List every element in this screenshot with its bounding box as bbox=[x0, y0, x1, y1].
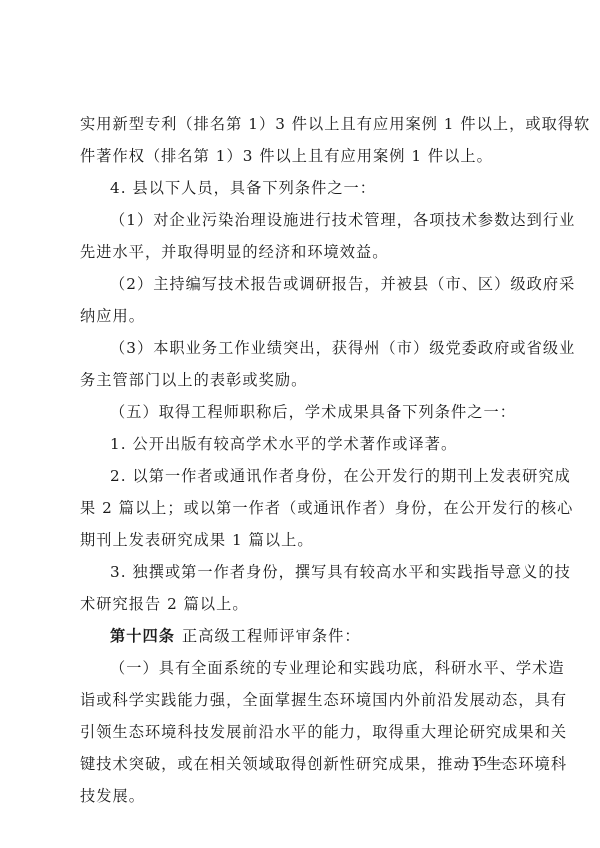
text-line: 件著作权（排名第 1）3 件以上且有应用案例 1 件以上。 bbox=[80, 145, 493, 167]
text-line: 果 2 篇以上；或以第一作者（或通讯作者）身份，在公开发行的核心 bbox=[80, 497, 573, 519]
text-line: 术研究报告 2 篇以上。 bbox=[80, 593, 249, 615]
article-number: 第十四条 bbox=[110, 625, 175, 647]
text-line: 期刊上发表研究成果 1 篇以上。 bbox=[80, 529, 314, 551]
text-line: 诣或科学实践能力强，全面掌握生态环境国内外前沿发展动态，具有 bbox=[80, 689, 567, 711]
list-item-heading: 4. 县以下人员，具备下列条件之一： bbox=[110, 177, 376, 199]
text-line: （1）对企业污染治理设施进行技术管理，各项技术参数达到行业 bbox=[110, 209, 575, 231]
text-line: 2. 以第一作者或通讯作者身份，在公开发行的期刊上发表研究成 bbox=[110, 465, 571, 487]
text-line: 引领生态环境科技发展前沿水平的能力，取得重大理论研究成果和关 bbox=[80, 721, 567, 743]
text-line: （一）具有全面系统的专业理论和实践功底，科研水平、学术造 bbox=[110, 657, 565, 679]
text-line: 务主管部门以上的表彰或奖励。 bbox=[80, 369, 307, 391]
text-line: 3. 独撰或第一作者身份，撰写具有较高水平和实践指导意义的技 bbox=[110, 561, 571, 583]
text-line: 实用新型专利（排名第 1）3 件以上且有应用案例 1 件以上，或取得软 bbox=[80, 113, 590, 135]
text-line: 技发展。 bbox=[80, 785, 145, 807]
text-line: 纳应用。 bbox=[80, 305, 145, 327]
section-heading: （五）取得工程师职称后，学术成果具备下列条件之一： bbox=[110, 401, 516, 423]
page-number: — 15 — bbox=[455, 755, 504, 771]
text-line: （2）主持编写技术报告或调研报告，并被县（市、区）级政府采 bbox=[110, 273, 575, 295]
text-line: 1. 公开出版有较高学术水平的学术著作或译著。 bbox=[110, 433, 457, 455]
text-line: 先进水平，并取得明显的经济和环境效益。 bbox=[80, 241, 389, 263]
article-title: 正高级工程师评审条件： bbox=[182, 625, 361, 647]
text-line: （3）本职业务工作业绩突出，获得州（市）级党委政府或省级业 bbox=[110, 337, 575, 359]
